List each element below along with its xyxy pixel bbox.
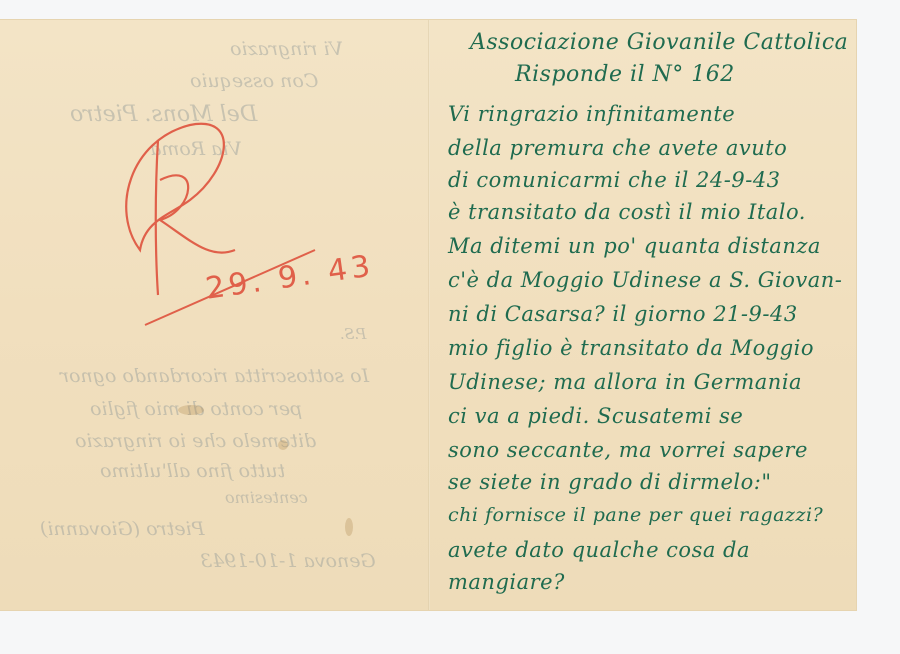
paper-stain: [345, 518, 353, 536]
letter-line: di comunicarmi che il 24-9-43: [448, 168, 781, 192]
letter-line: c'è da Moggio Udinese a S. Giovan-: [448, 268, 842, 292]
bleed-through-line: Vi ringrazio: [230, 38, 343, 60]
bleed-through-line: centesimo: [225, 488, 308, 507]
left-page: Vi ringrazio Con ossequio Del Mons. Piet…: [0, 20, 428, 610]
paper-stain: [178, 405, 204, 415]
letterhead-reply-number: Risponde il N° 162: [515, 62, 735, 87]
letter-line: è transitato da costì il mio Italo.: [448, 200, 806, 224]
letter-paper: Vi ringrazio Con ossequio Del Mons. Piet…: [0, 20, 856, 610]
letter-line: della premura che avete avuto: [448, 136, 787, 160]
letter-line: se siete in grado di dirmelo:": [448, 470, 772, 494]
bleed-through-line: Io sottoscritta ricordando ognor: [60, 365, 369, 387]
letter-line: Vi ringrazio infinitamente: [448, 102, 735, 126]
letter-line: chi fornisce il pane per quei ragazzi?: [448, 504, 823, 526]
bleed-through-line: Pietro (Giovanni): [40, 518, 204, 540]
letterhead-association: Associazione Giovanile Cattolica: [470, 30, 848, 55]
letter-line: Ma ditemi un po' quanta distanza: [448, 234, 821, 258]
bleed-through-line: tutto fino all'ultimo: [100, 460, 285, 482]
red-pencil-initial-mark: [100, 100, 400, 340]
paper-stain: [278, 440, 288, 450]
letter-line: avete dato qualche cosa da: [448, 538, 750, 562]
bleed-through-line: Con ossequio: [190, 70, 318, 92]
right-page: Associazione Giovanile Cattolica Rispond…: [430, 20, 856, 610]
letter-line: ni di Casarsa? il giorno 21-9-43: [448, 302, 798, 326]
letter-line: ci va a piedi. Scusatemi se: [448, 404, 743, 428]
letter-line: Udinese; ma allora in Germania: [448, 370, 802, 394]
bleed-through-line: Genova 1-10-1943: [200, 550, 376, 572]
letter-line: mio figlio è transitato da Moggio: [448, 336, 814, 360]
letter-line: mangiare?: [448, 570, 565, 594]
letter-line: sono seccante, ma vorrei sapere: [448, 438, 808, 462]
